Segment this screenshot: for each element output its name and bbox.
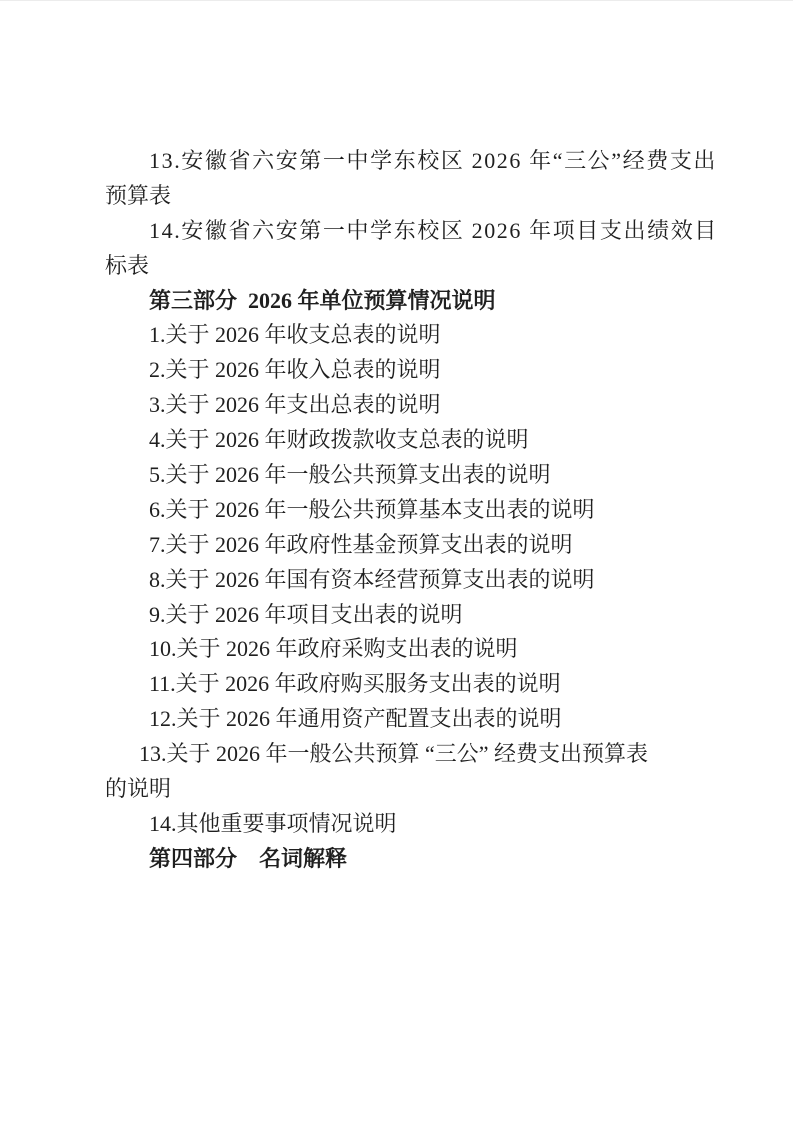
toc-line: 预算表 [105,179,688,214]
document-page: 13.安徽省六安第一中学东校区 2026 年“三公”经费支出预算表14.安徽省六… [0,0,793,1122]
toc-line: 标表 [105,249,688,284]
toc-line: 的说明 [105,772,688,807]
toc-line: 9.关于 2026 年项目支出表的说明 [105,598,688,633]
toc-line: 7.关于 2026 年政府性基金预算支出表的说明 [105,528,688,563]
toc-line: 12.关于 2026 年通用资产配置支出表的说明 [105,702,688,737]
document-body: 13.安徽省六安第一中学东校区 2026 年“三公”经费支出预算表14.安徽省六… [105,144,688,877]
toc-line: 5.关于 2026 年一般公共预算支出表的说明 [105,458,688,493]
toc-line: 14.安徽省六安第一中学东校区 2026 年项目支出绩效目 [105,214,688,249]
toc-line: 14.其他重要事项情况说明 [105,807,688,842]
toc-line: 1.关于 2026 年收支总表的说明 [105,318,688,353]
toc-line: 13.关于 2026 年一般公共预算 “三公” 经费支出预算表 [105,737,688,772]
section-heading: 第三部分 2026 年单位预算情况说明 [105,284,688,319]
toc-line: 3.关于 2026 年支出总表的说明 [105,388,688,423]
toc-line: 8.关于 2026 年国有资本经营预算支出表的说明 [105,563,688,598]
toc-line: 10.关于 2026 年政府采购支出表的说明 [105,632,688,667]
section-heading: 第四部分 名词解释 [105,842,688,877]
toc-line: 6.关于 2026 年一般公共预算基本支出表的说明 [105,493,688,528]
toc-line: 2.关于 2026 年收入总表的说明 [105,353,688,388]
toc-line: 11.关于 2026 年政府购买服务支出表的说明 [105,667,688,702]
toc-line: 13.安徽省六安第一中学东校区 2026 年“三公”经费支出 [105,144,688,179]
toc-line: 4.关于 2026 年财政拨款收支总表的说明 [105,423,688,458]
